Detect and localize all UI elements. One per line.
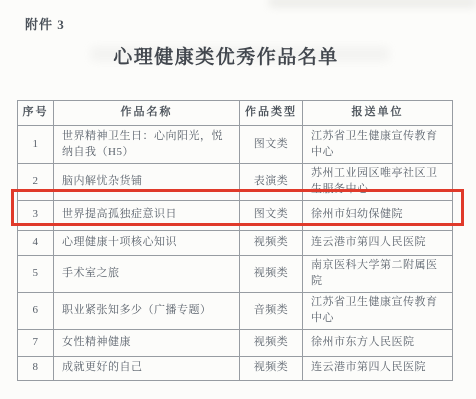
cell-no: 1: [18, 126, 54, 164]
cell-name: 心理健康十项核心知识: [54, 230, 240, 255]
cell-type: 视频类: [240, 230, 303, 255]
cell-type: 音频类: [240, 292, 303, 329]
cell-name: 成就更好的自己: [54, 356, 240, 380]
cell-name: 世界精神卫生日：心向阳光，悦纳自我（H5）: [54, 126, 240, 164]
cell-unit: 徐州市东方人民医院: [303, 329, 453, 356]
cell-no: 5: [18, 255, 54, 292]
cell-no: 2: [18, 164, 54, 201]
scan-artifact: [268, 0, 476, 8]
cell-type: 图文类: [240, 200, 303, 230]
works-table: 序号 作品名称 作品类型 报送单位 1 世界精神卫生日：心向阳光，悦纳自我（H5…: [17, 100, 453, 381]
cell-type: 图文类: [240, 126, 303, 164]
table-row: 6 职业紧张知多少（广播专题） 音频类 江苏省卫生健康宣传教育中心: [18, 292, 453, 329]
cell-no: 4: [18, 230, 54, 255]
header-name: 作品名称: [54, 101, 240, 126]
header-type: 作品类型: [240, 101, 303, 126]
cell-unit: 徐州市妇幼保健院: [303, 200, 453, 230]
cell-unit: 苏州工业园区唯亭社区卫生服务中心: [303, 164, 453, 201]
cell-name: 职业紧张知多少（广播专题）: [54, 292, 240, 329]
cell-unit: 江苏省卫生健康宣传教育中心: [303, 126, 453, 164]
attachment-label: 附件 3: [25, 14, 65, 33]
table-row-highlighted: 3 世界提高孤独症意识日 图文类 徐州市妇幼保健院: [18, 200, 453, 230]
header-unit: 报送单位: [303, 101, 453, 126]
table-row: 5 手术室之旅 视频类 南京医科大学第二附属医院: [18, 255, 453, 292]
table-row: 4 心理健康十项核心知识 视频类 连云港市第四人民医院: [18, 230, 453, 255]
cell-type: 视频类: [240, 255, 303, 292]
cell-type: 视频类: [240, 329, 303, 356]
cell-type: 表演类: [240, 164, 303, 201]
header-no: 序号: [18, 101, 54, 126]
cell-unit: 连云港市第四人民医院: [303, 230, 453, 255]
cell-type: 视频类: [240, 356, 303, 380]
cell-name: 手术室之旅: [54, 255, 240, 292]
cell-no: 3: [18, 200, 54, 230]
cell-unit: 连云港市第四人民医院: [303, 356, 453, 380]
cell-no: 7: [18, 329, 54, 356]
cell-unit: 江苏省卫生健康宣传教育中心: [303, 292, 453, 329]
cell-no: 6: [18, 292, 54, 329]
cell-name: 女性精神健康: [54, 329, 240, 356]
header-row: 序号 作品名称 作品类型 报送单位: [18, 101, 453, 126]
cell-name: 脑内解忧杂货铺: [54, 164, 240, 201]
cell-no: 8: [18, 356, 54, 380]
table-row: 8 成就更好的自己 视频类 连云港市第四人民医院: [18, 356, 453, 380]
cell-name: 世界提高孤独症意识日: [54, 200, 240, 230]
table-row: 7 女性精神健康 视频类 徐州市东方人民医院: [18, 329, 453, 356]
table-row: 1 世界精神卫生日：心向阳光，悦纳自我（H5） 图文类 江苏省卫生健康宣传教育中…: [18, 126, 453, 164]
cell-unit: 南京医科大学第二附属医院: [303, 255, 453, 292]
table-row: 2 脑内解忧杂货铺 表演类 苏州工业园区唯亭社区卫生服务中心: [18, 164, 453, 201]
page-title: 心理健康类优秀作品名单: [0, 42, 452, 69]
